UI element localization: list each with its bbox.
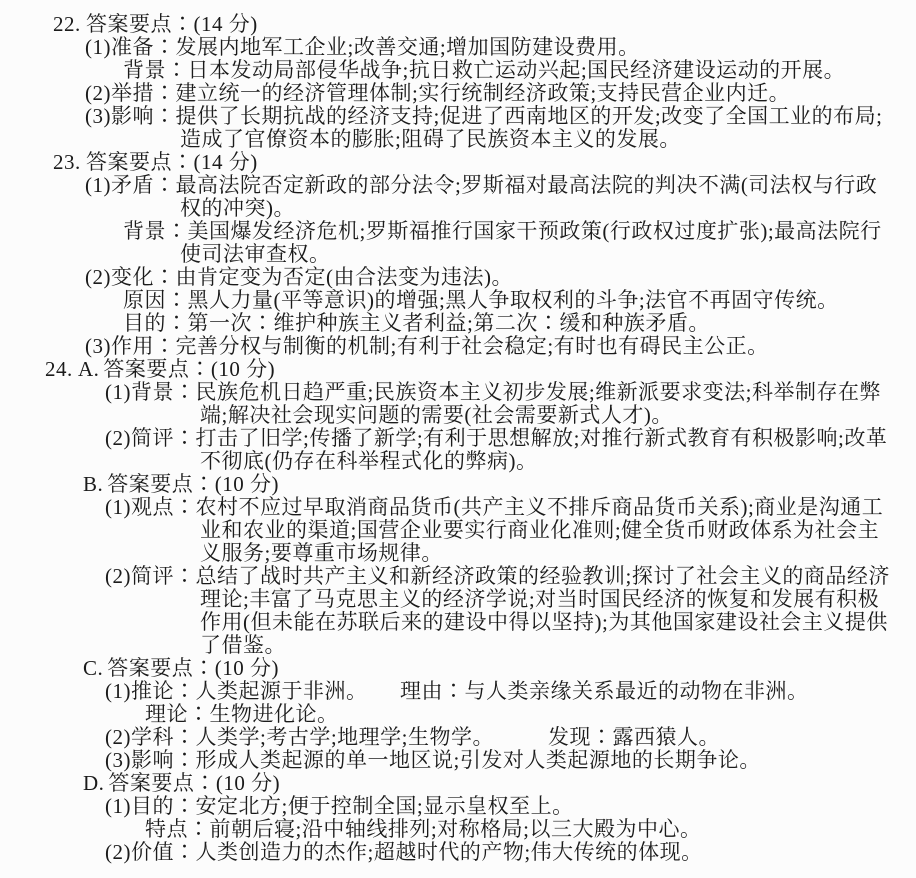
answer-line-24a-2: (2)简评∶打击了旧学;传播了新学;有利于思想解放;对推行新式教育有积极影响;改… <box>0 427 896 473</box>
answer-line-23-2-purpose: 目的∶第一次∶维护种族主义者利益;第二次∶缓和种族矛盾。 <box>0 312 896 335</box>
answer-line-24d-1: (1)目的∶安定北方;便于控制全国;显示皇权至上。 <box>0 795 896 818</box>
answer-line-22-2: (2)举措∶建立统一的经济管理体制;实行统制经济政策;支持民营企业内迁。 <box>0 82 896 105</box>
section-24b-header: B.答案要点∶(10 分) <box>0 473 896 496</box>
section-23-number: 23. <box>53 151 83 174</box>
answer-line-24c-1-theory: 理论∶生物进化论。 <box>0 703 896 726</box>
subsection-d-title: 答案要点∶(10 分) <box>108 771 280 795</box>
subsection-c-title: 答案要点∶(10 分) <box>107 656 279 680</box>
answer-line-24b-1: (1)观点∶农村不应过早取消商品货币(共产主义不排斥商品货币关系);商业是沟通工… <box>0 496 896 565</box>
subsection-b-letter: B. <box>83 473 103 496</box>
answer-line-23-1-bg: 背景∶美国爆发经济危机;罗斯福推行国家干预政策(行政权过度扩张);最高法院行使司… <box>0 220 896 266</box>
answer-line-24a-1: (1)背景∶民族危机日趋严重;民族资本主义初步发展;维新派要求变法;科举制存在弊… <box>0 381 896 427</box>
section-23-header: 23.答案要点∶(14 分) <box>0 151 896 174</box>
section-24d-header: D.答案要点∶(10 分) <box>0 772 896 795</box>
answer-line-24d-2: (2)价值∶人类创造力的杰作;超越时代的产物;伟大传统的体现。 <box>0 841 896 864</box>
section-24c-header: C.答案要点∶(10 分) <box>0 657 896 680</box>
subsection-d-letter: D. <box>83 772 104 795</box>
section-22-title: 答案要点∶(14 分) <box>86 12 258 36</box>
answer-line-24d-1-features: 特点∶前朝后寝;沿中轴线排列;对称格局;以三大殿为中心。 <box>0 818 896 841</box>
section-23-title: 答案要点∶(14 分) <box>86 150 258 174</box>
subsection-a-title: 答案要点∶(10 分) <box>103 357 275 381</box>
answer-line-24b-2: (2)简评∶总结了战时共产主义和新经济政策的经验教训;探讨了社会主义的商品经济理… <box>0 565 896 657</box>
answer-line-23-3: (3)作用∶完善分权与制衡的机制;有利于社会稳定;有时也有碍民主公正。 <box>0 335 896 358</box>
section-24-number: 24. <box>45 358 75 381</box>
answer-line-22-1: (1)准备∶发展内地军工企业;改善交通;增加国防建设费用。 <box>0 36 896 59</box>
answer-line-23-2: (2)变化∶由肯定变为否定(由合法变为违法)。 <box>0 266 896 289</box>
answer-line-23-1: (1)矛盾∶最高法院否定新政的部分法令;罗斯福对最高法院的判决不满(司法权与行政… <box>0 174 896 220</box>
answer-line-23-2-cause: 原因∶黑人力量(平等意识)的增强;黑人争取权利的斗争;法官不再固守传统。 <box>0 289 896 312</box>
subsection-b-title: 答案要点∶(10 分) <box>107 472 279 496</box>
answer-line-22-1-bg: 背景∶日本发动局部侵华战争;抗日救亡运动兴起;国民经济建设运动的开展。 <box>0 59 896 82</box>
answer-line-24c-3: (3)影响∶形成人类起源的单一地区说;引发对人类起源地的长期争论。 <box>0 749 896 772</box>
section-24a-header: 24.A.答案要点∶(10 分) <box>0 358 896 381</box>
subsection-a-letter: A. <box>78 358 99 381</box>
section-22-header: 22.答案要点∶(14 分) <box>0 13 896 36</box>
subsection-c-letter: C. <box>83 657 103 680</box>
document-page: 22.答案要点∶(14 分) (1)准备∶发展内地军工企业;改善交通;增加国防建… <box>0 0 916 878</box>
answer-line-24c-2: (2)学科∶人类学;考古学;地理学;生物学。 发现∶露西猿人。 <box>0 726 896 749</box>
answer-line-24c-1: (1)推论∶人类起源于非洲。 理由∶与人类亲缘关系最近的动物在非洲。 <box>0 680 896 703</box>
answer-line-22-3: (3)影响∶提供了长期抗战的经济支持;促进了西南地区的开发;改变了全国工业的布局… <box>0 105 896 151</box>
section-22-number: 22. <box>53 13 83 36</box>
